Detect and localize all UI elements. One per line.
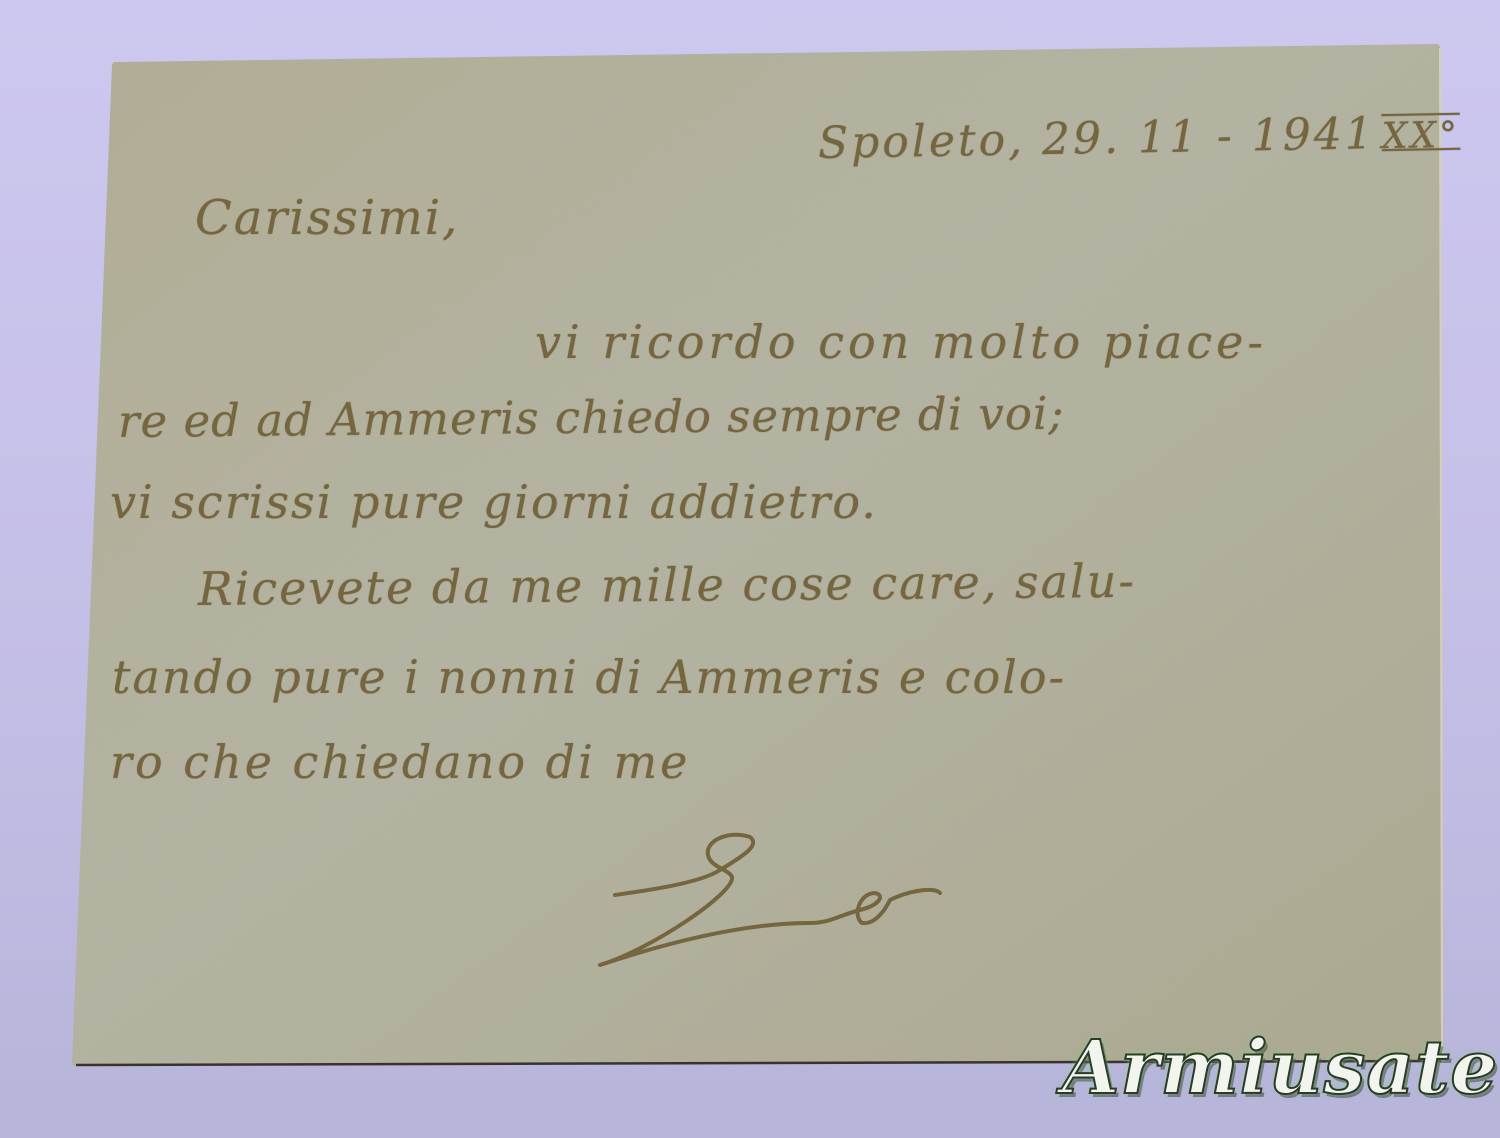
body-line-1: vi ricordo con molto piace- <box>535 315 1267 369</box>
era-suffix: XX° <box>1381 115 1460 157</box>
body-line-5: tando pure i nonni di Ammeris e colo- <box>112 650 1066 704</box>
place-date: Spoleto, 29. 11 - 1941 <box>818 108 1377 169</box>
body-line-4: Ricevete da me mille cose care, salu- <box>198 554 1136 616</box>
signature-flourish: Enzo <box>590 815 950 975</box>
body-line-2: re ed ad Ammeris chiedo sempre di voi; <box>118 387 1065 448</box>
body-line-3: vi scrissi pure giorni addietro. <box>110 475 878 529</box>
watermark-logo: Armiusate.it <box>1062 1025 1500 1111</box>
salutation: Carissimi, <box>195 190 459 246</box>
body-line-6: ro che chiedano di me <box>110 735 690 789</box>
postcard-photo: Spoleto, 29. 11 - 1941XX° Carissimi, vi … <box>0 0 1500 1138</box>
